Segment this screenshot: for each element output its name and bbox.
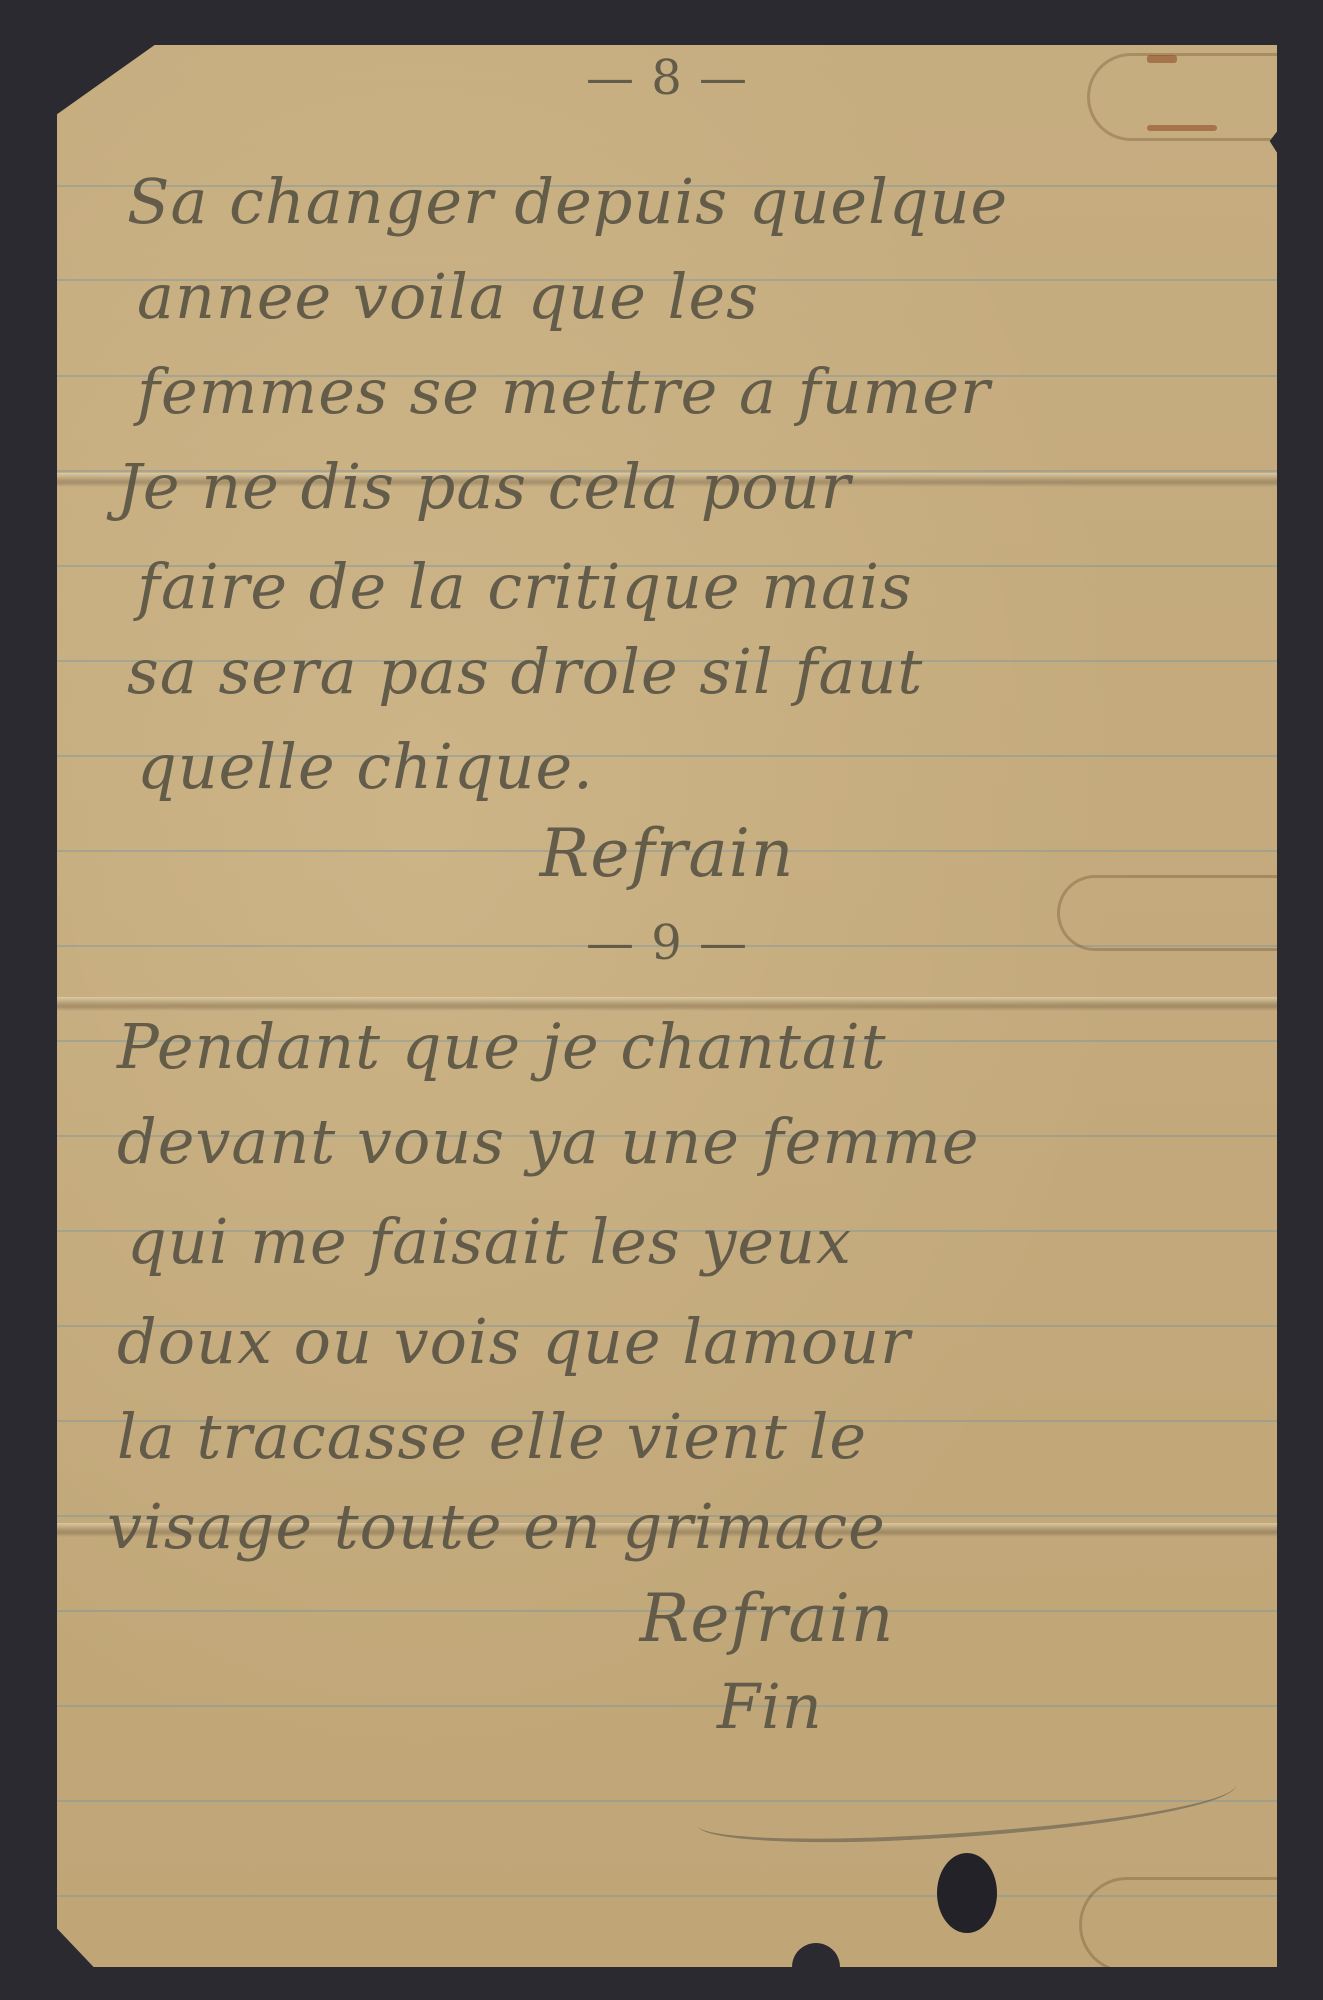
closing-fin: Fin bbox=[717, 1670, 1277, 1743]
edge-notch bbox=[792, 1943, 840, 1967]
letter-page: — 8 — Sa changer depuis quelque annee vo… bbox=[57, 45, 1277, 1967]
lyric-line: annee voila que les bbox=[137, 260, 1277, 333]
stanza-number: — 9 — bbox=[57, 915, 1277, 971]
lyric-line: Je ne dis pas cela pour bbox=[117, 450, 1277, 523]
lyric-line: doux ou vois que lamour bbox=[117, 1305, 1277, 1378]
lyric-line: sa sera pas drole sil faut bbox=[127, 635, 1277, 708]
paperclip-stain bbox=[1079, 1877, 1277, 1967]
lyric-line: femmes se mettre a fumer bbox=[137, 355, 1277, 428]
signature-flourish bbox=[696, 1759, 1239, 1851]
lyric-line: Pendant que je chantait bbox=[117, 1010, 1277, 1083]
rust-stain bbox=[1147, 125, 1217, 131]
punch-hole bbox=[937, 1853, 997, 1933]
paper-fold bbox=[57, 997, 1277, 1011]
lyric-line: Sa changer depuis quelque bbox=[127, 165, 1277, 238]
lyric-line: la tracasse elle vient le bbox=[117, 1400, 1277, 1473]
lyric-line: quelle chique. bbox=[137, 730, 1277, 803]
lyric-line: visage toute en grimace bbox=[107, 1490, 1277, 1563]
lyric-line: qui me faisait les yeux bbox=[127, 1205, 1277, 1278]
lyric-line: faire de la critique mais bbox=[137, 550, 1277, 623]
refrain-label: Refrain bbox=[257, 1580, 1277, 1657]
lyric-line: devant vous ya une femme bbox=[117, 1105, 1277, 1178]
stanza-number: — 8 — bbox=[57, 50, 1277, 106]
refrain-label: Refrain bbox=[57, 815, 1277, 892]
